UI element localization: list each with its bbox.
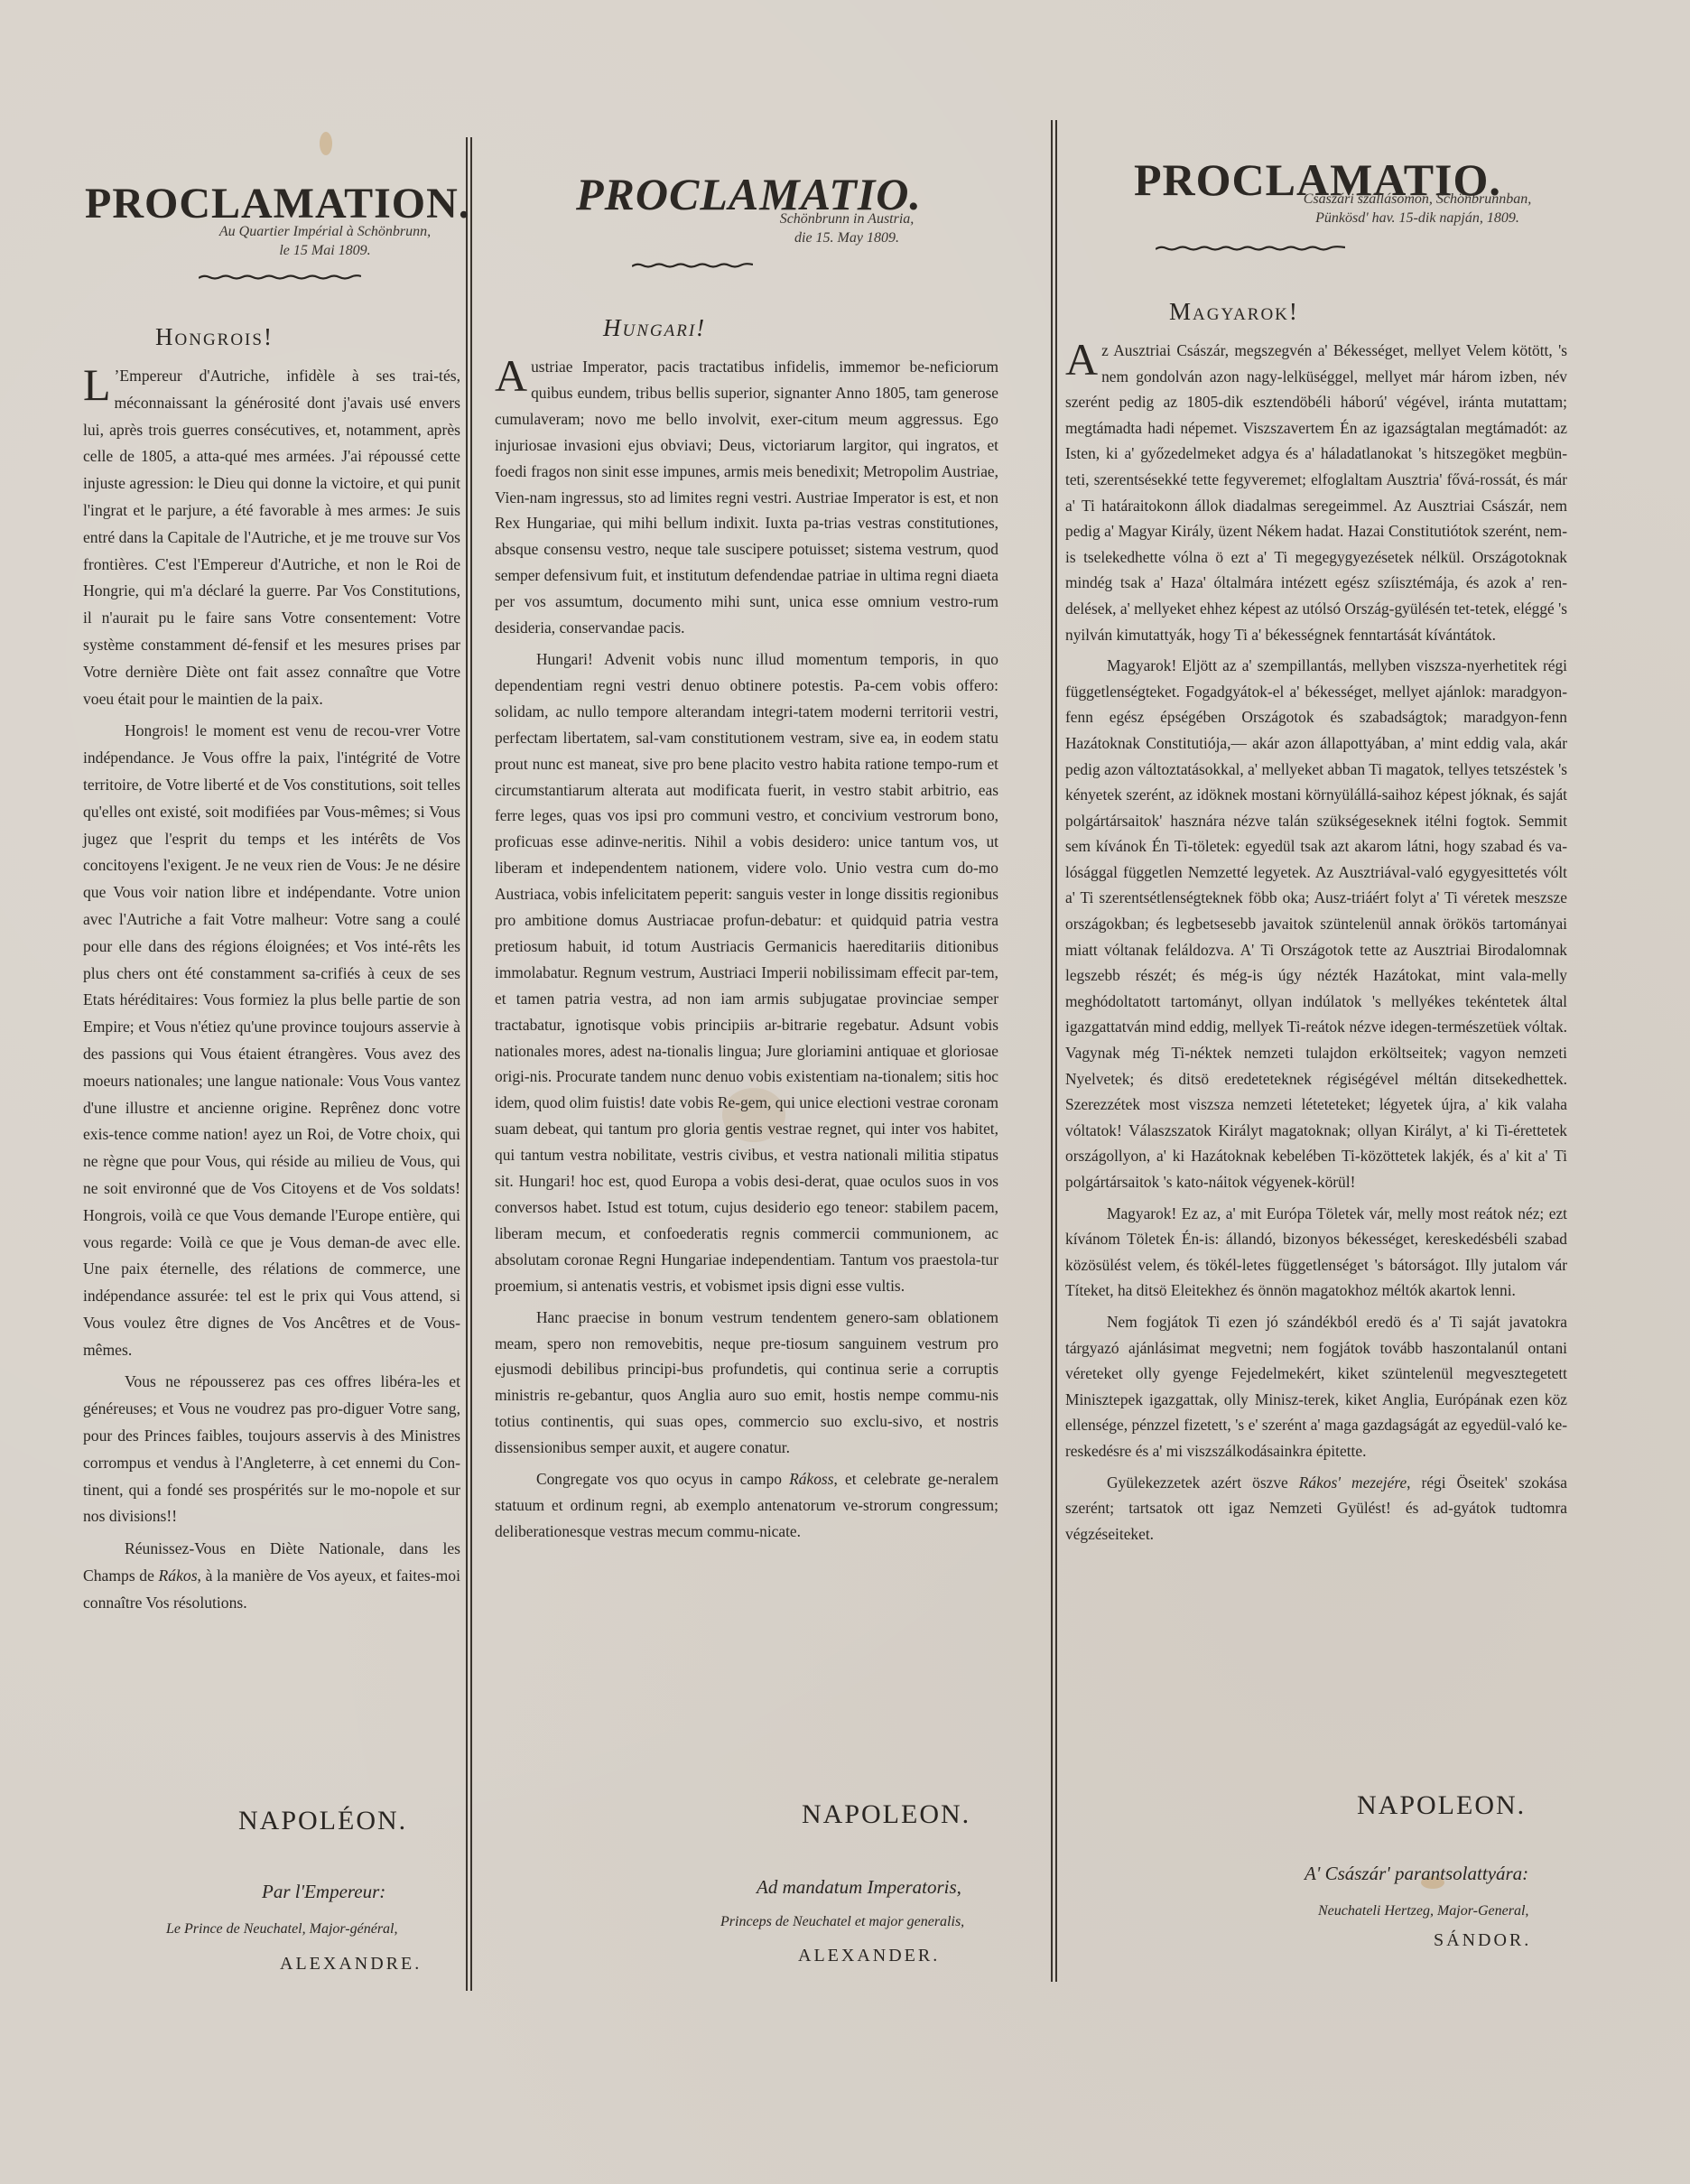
salutation: Magyarok! (1169, 298, 1299, 326)
paragraph: Gyülekezzetek azért öszve Rákos' mezejér… (1065, 1470, 1567, 1547)
proclamation-body: Az Ausztriai Császár, megszegvén a' Béke… (1065, 338, 1567, 1552)
wavy-rule-ornament (1156, 245, 1345, 252)
proclamation-body: L’Empereur d'Autriche, infidèle à ses tr… (83, 363, 460, 1622)
paragraph: Hungari! Advenit vobis nunc illud moment… (495, 646, 998, 1299)
paragraph: Nem fogjátok Ti ezen jó szándékból eredö… (1065, 1309, 1567, 1464)
paragraph: Hongrois! le moment est venu de recou-vr… (83, 718, 460, 1363)
column-divider-right (1051, 120, 1057, 1982)
countersign-title: Neuchateli Hertzeg, Major-General, (1318, 1903, 1528, 1919)
wavy-rule-ornament (199, 274, 361, 281)
salutation: Hongrois! (155, 323, 274, 351)
countersign-name: SÁNDOR. (1434, 1930, 1531, 1951)
proclamation-title: PROCLAMATION. (85, 179, 470, 228)
paragraph: Austriae Imperator, pacis tractatibus in… (495, 354, 998, 641)
paragraph: Magyarok! Ez az, a' mit Európa Töletek v… (1065, 1201, 1567, 1304)
place-name-emphasis: Rákos (159, 1566, 198, 1585)
place-name-emphasis: Rákoss (789, 1470, 833, 1488)
dateline: Császári szállásomon, Schönbrunnban, Pün… (1246, 190, 1589, 228)
drop-cap: A (1065, 341, 1098, 377)
dateline-date: die 15. May 1809. (711, 228, 982, 247)
signature-napoleon: NAPOLEON. (802, 1799, 970, 1830)
dateline-place: Császári szállásomon, Schönbrunnban, (1246, 190, 1589, 209)
wavy-rule-ornament (632, 262, 753, 269)
drop-cap: A (495, 358, 527, 394)
dateline-date: le 15 Mai 1809. (190, 241, 460, 260)
countersign-name: ALEXANDER. (798, 1946, 940, 1966)
proclamation-body: Austriae Imperator, pacis tractatibus in… (495, 354, 998, 1550)
dateline-place: Au Quartier Impérial à Schönbrunn, (190, 222, 460, 241)
paragraph: Az Ausztriai Császár, megszegvén a' Béke… (1065, 338, 1567, 647)
dateline-date: Pünkösd' hav. 15-dik napján, 1809. (1246, 209, 1589, 228)
dateline: Schönbrunn in Austria, die 15. May 1809. (711, 209, 982, 247)
countersign-name: ALEXANDRE. (280, 1954, 422, 1975)
paragraph: Congregate vos quo ocyus in campo Rákoss… (495, 1466, 998, 1545)
salutation: Hungari! (603, 314, 706, 342)
signature-napoleon: NAPOLÉON. (238, 1806, 407, 1836)
countersign-label: Ad mandatum Imperatoris, (757, 1876, 961, 1899)
signature-napoleon: NAPOLEON. (1357, 1790, 1526, 1821)
dateline: Au Quartier Impérial à Schönbrunn, le 15… (190, 222, 460, 260)
dateline-place: Schönbrunn in Austria, (711, 209, 982, 228)
column-divider-left (466, 137, 472, 1991)
countersign-title: Princeps de Neuchatel et major generalis… (720, 1914, 964, 1930)
paragraph: L’Empereur d'Autriche, infidèle à ses tr… (83, 363, 460, 712)
countersign-label: A' Császár' parantsolattyára: (1305, 1863, 1528, 1885)
paragraph: Magyarok! Eljött az a' szempillantás, me… (1065, 653, 1567, 1194)
countersign-label: Par l'Empereur: (262, 1881, 385, 1903)
foxing-stain (320, 132, 332, 155)
paragraph: Réunissez-Vous en Diète Nationale, dans … (83, 1536, 460, 1616)
place-name-emphasis: Rákos' mezejére (1299, 1473, 1407, 1492)
countersign-title: Le Prince de Neuchatel, Major-général, (166, 1921, 398, 1938)
drop-cap: L (83, 367, 111, 403)
paragraph: Vous ne répousserez pas ces offres libér… (83, 1369, 460, 1530)
paragraph: Hanc praecise in bonum vestrum tendentem… (495, 1305, 998, 1461)
